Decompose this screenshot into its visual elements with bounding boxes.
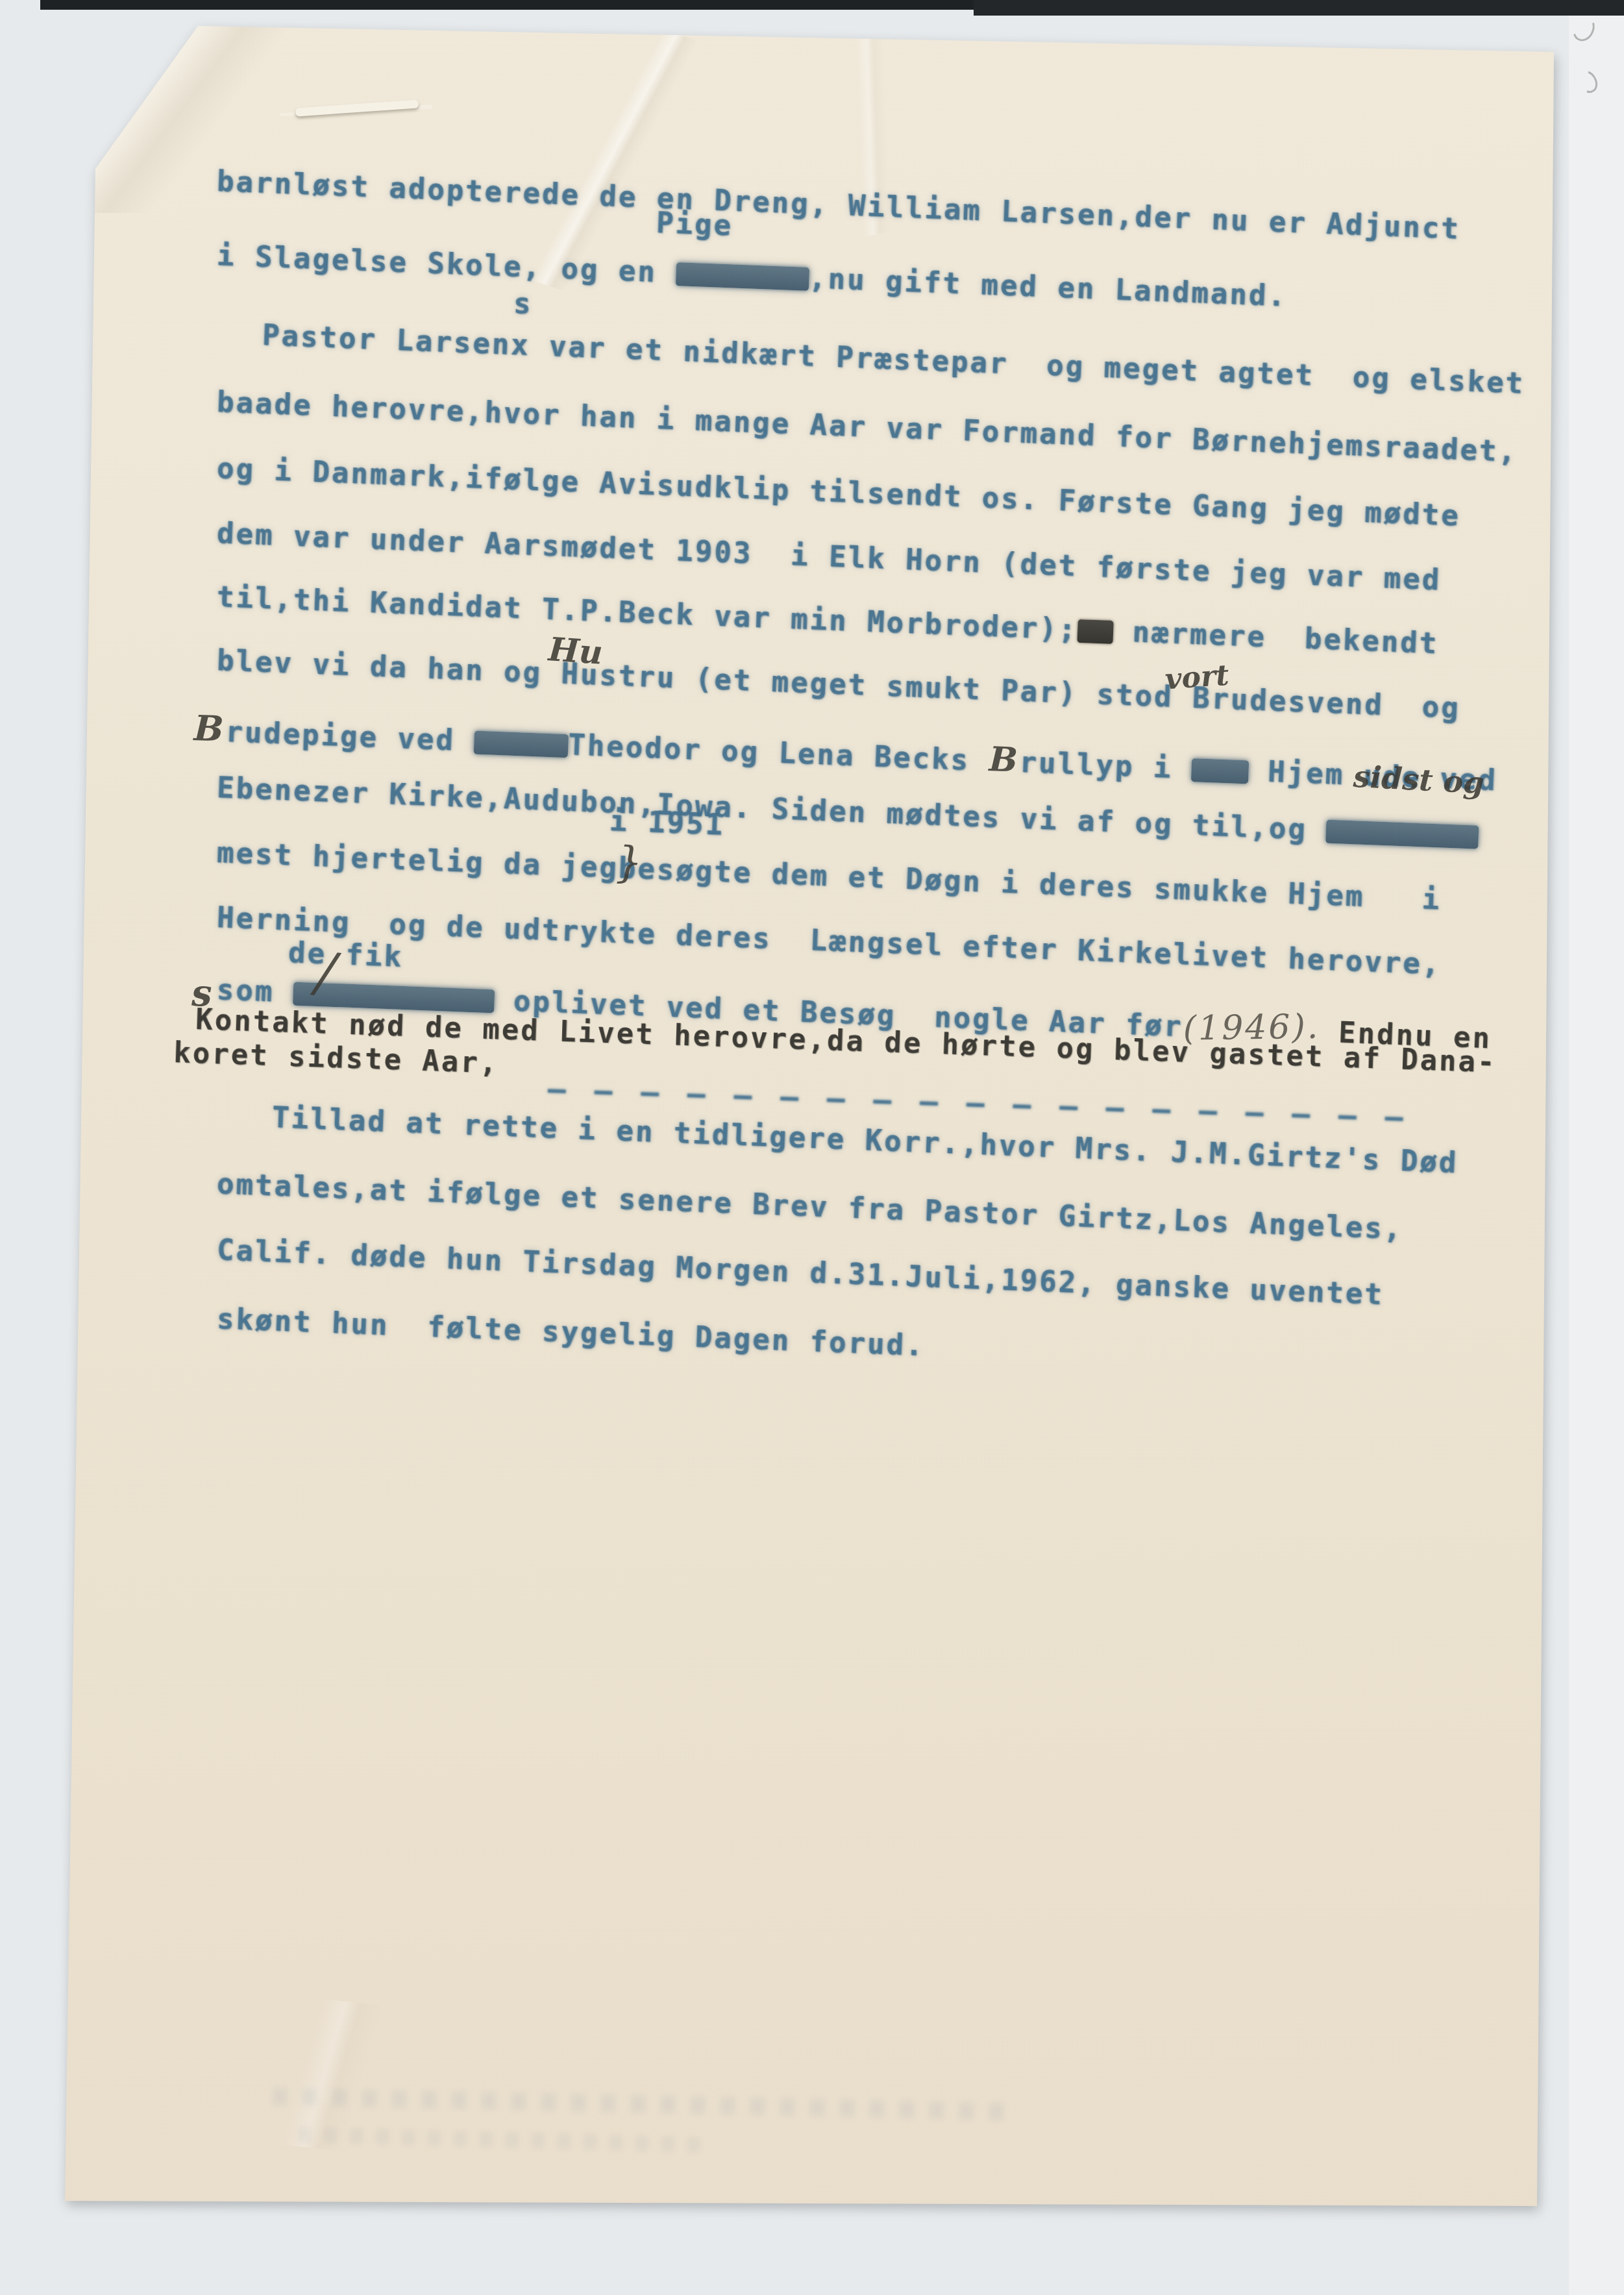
typed-insert-s: s (513, 290, 533, 319)
typed-insert-1951: i 1951 (609, 807, 725, 840)
staple-impression (295, 99, 419, 116)
typed-insert-defik: de fik (288, 939, 404, 972)
overstruck-word (1191, 758, 1249, 784)
overstruck-word (1326, 820, 1479, 849)
handwritten-vort: vort (1164, 662, 1230, 695)
blacked-out-word (1077, 619, 1114, 644)
handwritten-brace: } (615, 841, 643, 884)
handwritten-letter-B: B (193, 710, 227, 747)
overstruck-word (676, 262, 809, 291)
typed-insert-pige: Pige (656, 209, 733, 240)
overstruck-word (474, 731, 569, 758)
handwritten-letter-B: B (989, 743, 1020, 778)
handwritten-sidst-og: sidst og (1353, 762, 1485, 798)
handwritten-hu-correction: Hu (547, 633, 604, 669)
typed-text: rullyp i (1019, 746, 1192, 786)
scanned-typewritten-letter: { "letter": { "language": "Danish", "ink… (0, 0, 1624, 2295)
handwritten-s: s (191, 975, 212, 1011)
